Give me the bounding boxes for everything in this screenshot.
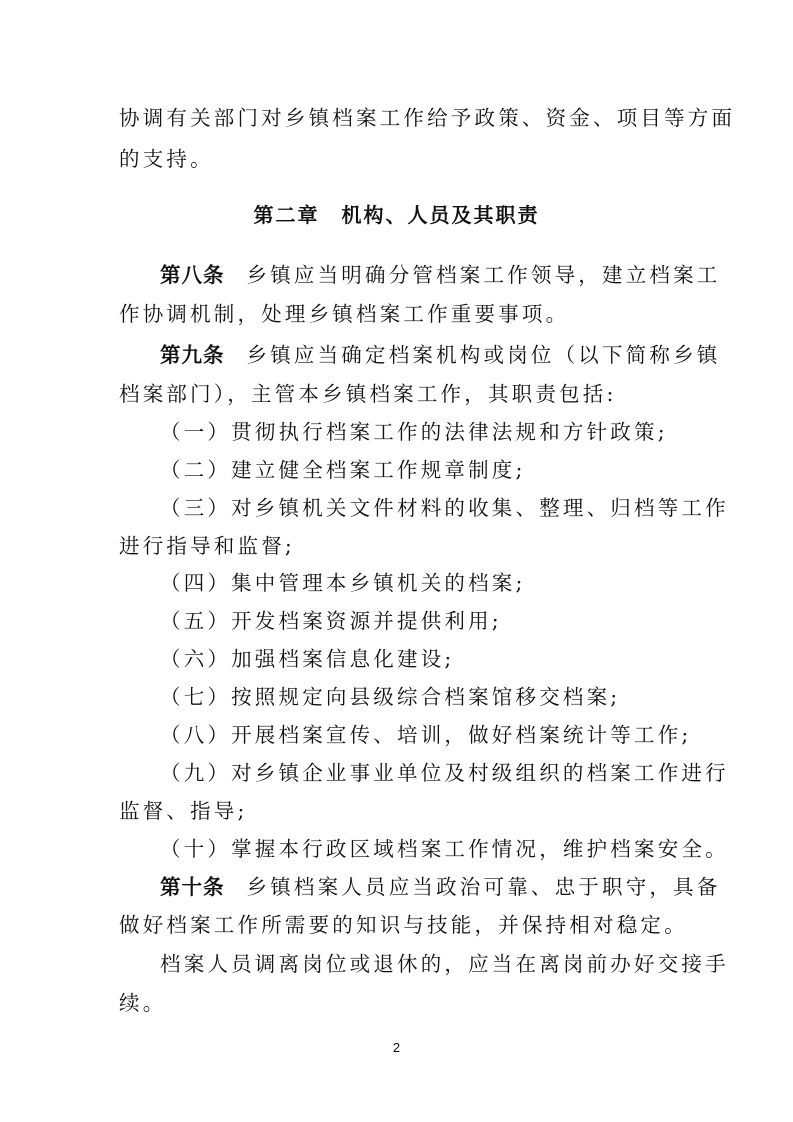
article-9-line-2: 档案部门），主管本乡镇档案工作，其职责包括: [119, 380, 675, 408]
chapter-heading: 第二章 机构、人员及其职责 [0, 201, 793, 229]
list-item: （一）贯彻执行档案工作的法律法规和方针政策; [160, 418, 716, 446]
list-item: （十）掌握本行政区域档案工作情况，维护档案安全。 [160, 835, 716, 863]
article-10-line-1: 第十条乡镇档案人员应当政治可靠、忠于职守，具备 [160, 873, 716, 901]
article-10-line-2: 做好档案工作所需要的知识与技能，并保持相对稳定。 [119, 911, 675, 939]
article-8-line-1: 第八条乡镇应当明确分管档案工作领导，建立档案工 [160, 261, 716, 289]
list-item: （五）开发档案资源并提供利用; [160, 607, 716, 635]
list-item: （四）集中管理本乡镇机关的档案; [160, 569, 716, 597]
list-item: （九）对乡镇企业事业单位及村级组织的档案工作进行 [160, 759, 716, 787]
list-item: （六）加强档案信息化建设; [160, 645, 716, 673]
page-number: 2 [0, 1040, 793, 1055]
paragraph-line: 档案人员调离岗位或退休的，应当在离岗前办好交接手 [160, 950, 716, 978]
paragraph-line: 续。 [119, 989, 675, 1017]
article-8-line-2: 作协调机制，处理乡镇档案工作重要事项。 [119, 300, 675, 328]
list-item-continued: 进行指导和监督; [119, 532, 675, 560]
paragraph-line: 协调有关部门对乡镇档案工作给予政策、资金、项目等方面 [119, 104, 675, 132]
list-item: （八）开展档案宣传、培训，做好档案统计等工作; [160, 721, 716, 749]
paragraph-line: 的支持。 [119, 145, 675, 173]
article-number: 第八条 [160, 263, 225, 287]
list-item: （三）对乡镇机关文件材料的收集、整理、归档等工作 [160, 494, 716, 522]
list-item-continued: 监督、指导; [119, 797, 675, 825]
article-9-line-1: 第九条乡镇应当确定档案机构或岗位（以下简称乡镇 [160, 341, 716, 369]
article-number: 第十条 [160, 875, 225, 899]
article-number: 第九条 [160, 343, 225, 367]
list-item: （二）建立健全档案工作规章制度; [160, 456, 716, 484]
document-page: 协调有关部门对乡镇档案工作给予政策、资金、项目等方面 的支持。 第二章 机构、人… [0, 0, 793, 1122]
list-item: （七）按照规定向县级综合档案馆移交档案; [160, 683, 716, 711]
